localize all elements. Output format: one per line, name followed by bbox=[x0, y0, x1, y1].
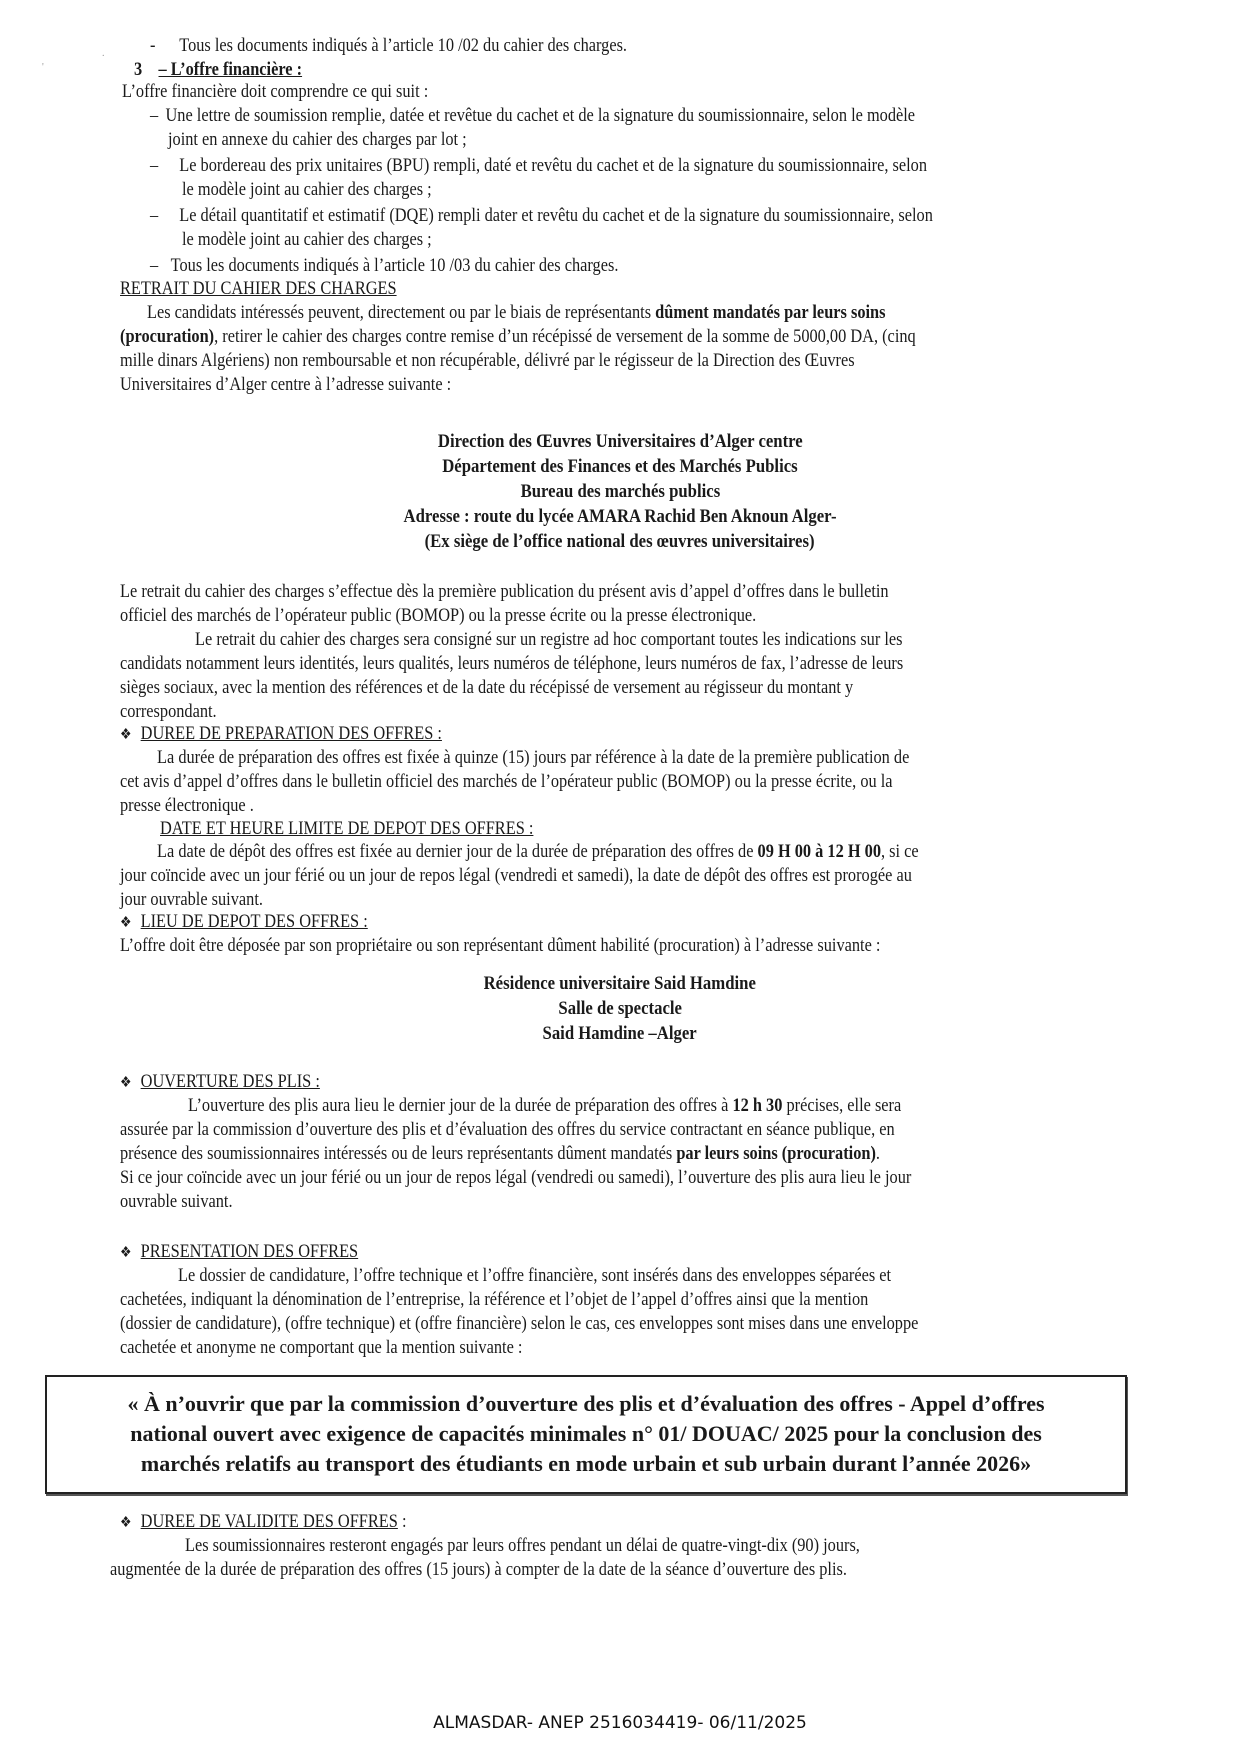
duree-preparation-line-2: cet avis d’appel d’offres dans le bullet… bbox=[120, 770, 893, 794]
retrait-address-line-3: Bureau des marchés publics bbox=[0, 480, 1240, 504]
retrait-para-1-line-2: (procuration), retirer le cahier des cha… bbox=[120, 325, 916, 349]
financial-offer-item-4: –Tous les documents indiqués à l’article… bbox=[150, 254, 618, 278]
retrait-para-3-line-2: candidats notamment leurs identités, leu… bbox=[120, 652, 903, 676]
section-heading-ouverture: ❖OUVERTURE DES PLIS : bbox=[120, 1070, 320, 1095]
ouverture-line-1: L’ouverture des plis aura lieu le dernie… bbox=[188, 1094, 901, 1118]
footer-reference: ALMASDAR- ANEP 2516034419- 06/11/2025 bbox=[0, 1713, 1240, 1733]
section-heading-presentation: ❖PRESENTATION DES OFFRES bbox=[120, 1240, 358, 1265]
retrait-address-line-5: (Ex siège de l’office national des œuvre… bbox=[0, 530, 1240, 554]
bullet-diamond-icon: ❖ bbox=[120, 1071, 141, 1095]
retrait-address-line-1: Direction des Œuvres Universitaires d’Al… bbox=[0, 430, 1240, 454]
section-heading-financial-offer: 3 – L’offre financière : bbox=[134, 58, 302, 82]
retrait-para-1-line-3: mille dinars Algériens) non remboursable… bbox=[120, 349, 855, 373]
financial-offer-item-3: –Le détail quantitatif et estimatif (DQE… bbox=[150, 204, 933, 228]
section-heading-duree-preparation: ❖DUREE DE PREPARATION DES OFFRES : bbox=[120, 722, 442, 747]
document-page: . ' -Tous les documents indiqués à l’art… bbox=[0, 0, 1240, 1754]
lieu-depot-line-1: L’offre doit être déposée par son propri… bbox=[120, 934, 880, 958]
validite-line-1: Les soumissionnaires resteront engagés p… bbox=[185, 1534, 860, 1558]
presentation-line-4: cachetée et anonyme ne comportant que la… bbox=[120, 1336, 522, 1360]
financial-offer-item-3-cont: le modèle joint au cahier des charges ; bbox=[182, 228, 432, 252]
retrait-address-line-4: Adresse : route du lycée AMARA Rachid Be… bbox=[0, 505, 1240, 529]
presentation-line-1: Le dossier de candidature, l’offre techn… bbox=[178, 1264, 891, 1288]
retrait-address-line-2: Département des Finances et des Marchés … bbox=[0, 455, 1240, 479]
retrait-para-2-line-2: officiel des marchés de l’opérateur publ… bbox=[120, 604, 756, 628]
retrait-para-1-line-1: Les candidats intéressés peuvent, direct… bbox=[147, 301, 885, 325]
financial-offer-item-2-cont: le modèle joint au cahier des charges ; bbox=[182, 178, 432, 202]
date-limite-line-2: jour coïncide avec un jour férié ou un j… bbox=[120, 864, 912, 888]
section-heading-lieu-depot: ❖LIEU DE DEPOT DES OFFRES : bbox=[120, 910, 368, 935]
lieu-depot-address-line-2: Salle de spectacle bbox=[0, 997, 1240, 1021]
scan-speck: . bbox=[102, 48, 105, 59]
date-limite-line-3: jour ouvrable suivant. bbox=[120, 888, 263, 912]
financial-offer-intro: L’offre financière doit comprendre ce qu… bbox=[122, 80, 428, 104]
presentation-line-3: (dossier de candidature), (offre techniq… bbox=[120, 1312, 918, 1336]
financial-offer-item-1-cont: joint en annexe du cahier des charges pa… bbox=[168, 128, 467, 152]
presentation-line-2: cachetées, indiquant la dénomination de … bbox=[120, 1288, 868, 1312]
lieu-depot-address-line-3: Said Hamdine –Alger bbox=[0, 1022, 1240, 1046]
validite-line-2: augmentée de la durée de préparation des… bbox=[110, 1558, 847, 1582]
retrait-para-1-line-4: Universitaires d’Alger centre à l’adress… bbox=[120, 373, 451, 397]
ouverture-line-3: présence des soumissionnaires intéressés… bbox=[120, 1142, 880, 1166]
retrait-para-2-line-1: Le retrait du cahier des charges s’effec… bbox=[120, 580, 889, 604]
prev-list-item: -Tous les documents indiqués à l’article… bbox=[150, 34, 627, 58]
retrait-para-3-line-4: correspondant. bbox=[120, 700, 217, 724]
bullet-diamond-icon: ❖ bbox=[120, 723, 141, 747]
scan-speck: ' bbox=[42, 62, 44, 73]
retrait-para-3-line-1: Le retrait du cahier des charges sera co… bbox=[195, 628, 903, 652]
duree-preparation-line-1: La durée de préparation des offres est f… bbox=[157, 746, 909, 770]
bullet-diamond-icon: ❖ bbox=[120, 1511, 141, 1535]
retrait-para-3-line-3: sièges sociaux, avec la mention des réfé… bbox=[120, 676, 853, 700]
bullet-diamond-icon: ❖ bbox=[120, 1241, 141, 1265]
bullet-diamond-icon: ❖ bbox=[120, 911, 141, 935]
duree-preparation-line-3: presse électronique . bbox=[120, 794, 254, 818]
financial-offer-item-2: –Le bordereau des prix unitaires (BPU) r… bbox=[150, 154, 927, 178]
section-heading-validite: ❖DUREE DE VALIDITE DES OFFRES : bbox=[120, 1510, 406, 1535]
envelope-mention-text: « À n’ouvrir que par la commission d’ouv… bbox=[47, 1389, 1125, 1479]
envelope-mention-box: « À n’ouvrir que par la commission d’ouv… bbox=[45, 1375, 1127, 1494]
ouverture-line-2: assurée par la commission d’ouverture de… bbox=[120, 1118, 895, 1142]
section-heading-retrait: RETRAIT DU CAHIER DES CHARGES bbox=[120, 277, 397, 301]
ouverture-line-4: Si ce jour coïncide avec un jour férié o… bbox=[120, 1166, 911, 1190]
section-heading-date-limite: DATE ET HEURE LIMITE DE DEPOT DES OFFRES… bbox=[160, 817, 533, 841]
lieu-depot-address-line-1: Résidence universitaire Said Hamdine bbox=[0, 972, 1240, 996]
ouverture-line-5: ouvrable suivant. bbox=[120, 1190, 233, 1214]
financial-offer-item-1: –Une lettre de soumission remplie, datée… bbox=[150, 104, 915, 128]
date-limite-line-1: La date de dépôt des offres est fixée au… bbox=[157, 840, 919, 864]
